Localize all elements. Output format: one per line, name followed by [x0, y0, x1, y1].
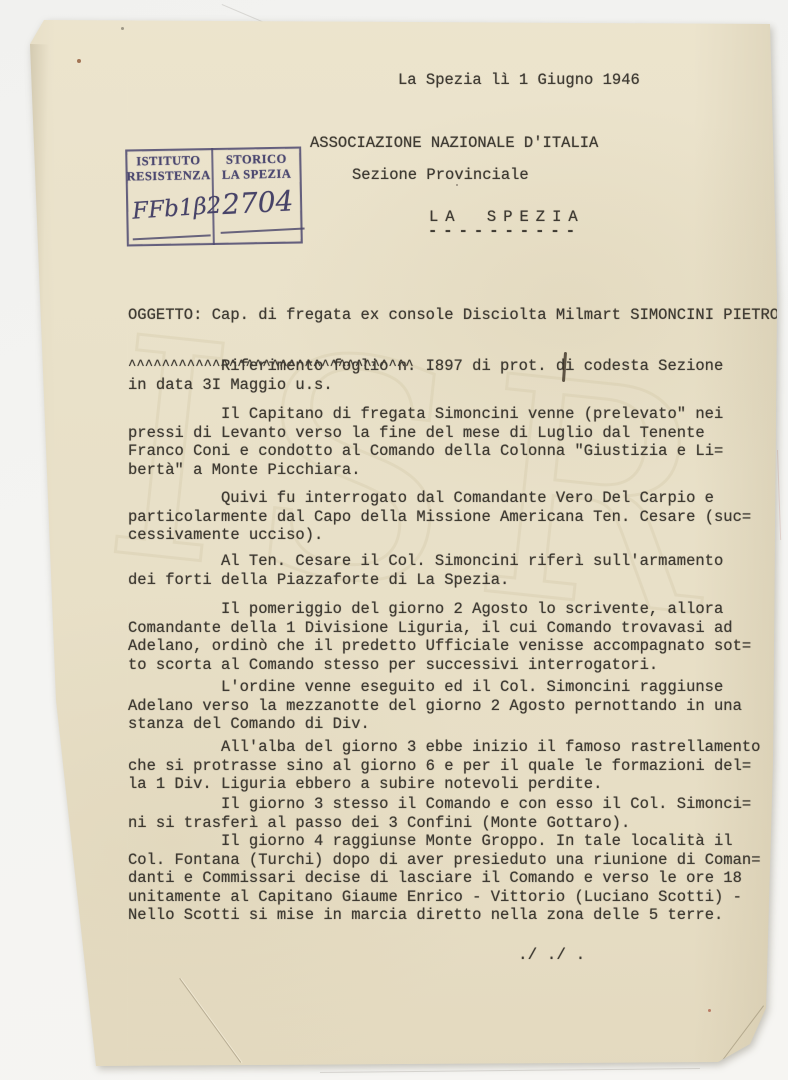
text-line: Riferimento foglio n. I897 di prot. di c… — [128, 357, 788, 376]
body-paragraph: Il giorno 4 raggiunse Monte Groppo. In t… — [128, 832, 788, 925]
text-line: L'ordine venne eseguito ed il Col. Simon… — [128, 678, 788, 697]
body-paragraph: Il giorno 3 stesso il Comando e con esso… — [128, 795, 788, 832]
text-line: unitamente al Capitano Giaume Enrico - V… — [128, 888, 788, 907]
text-line: Il giorno 4 raggiunse Monte Groppo. In t… — [128, 832, 788, 851]
paper-crease — [5, 44, 56, 1054]
text-line: che si protrasse sino al giorno 6 e per … — [128, 757, 788, 776]
text-line: in data 3I Maggio u.s. — [128, 376, 788, 395]
date-line: La Spezia lì 1 Giugno 1946 — [398, 71, 640, 90]
text-line: cessivamente ucciso). — [128, 526, 788, 545]
text-line: Franco Coni e condotto al Comando della … — [128, 442, 788, 461]
stamp-institute-label: ISTITUTO RESISTENZA — [125, 148, 212, 184]
text-line: Il Capitano di fregata Simoncini venne (… — [128, 405, 788, 424]
body-paragraph: All'alba del giorno 3 ebbe inizio il fam… — [128, 738, 788, 794]
text-line: danti e Commissari decise di lasciare il… — [128, 869, 788, 888]
text-line: Adelano verso la mezzanotte del giorno 2… — [128, 697, 788, 716]
text-line: pressi di Levanto verso la fine del mese… — [128, 424, 788, 443]
letterhead-city-underline: ---------- — [428, 222, 581, 241]
stamp-location-label: STORICO LA SPEZIA — [213, 147, 300, 183]
subject-line: OGGETTO: Cap. di fregata ex console Disc… — [128, 306, 788, 325]
text-line: stanza del Comando di Div. — [128, 715, 788, 734]
text-line: Il pomeriggio del giorno 2 Agosto lo scr… — [128, 600, 788, 619]
text-line: dei forti della Piazzaforte di La Spezia… — [128, 571, 788, 590]
paper-surface: ISR La Spezia lì 1 Giugno 1946 ISTITUTO … — [0, 0, 788, 1080]
handwritten-archive-number: 2704 — [221, 184, 294, 221]
text-line: ni si trasferì al passo dei 3 Confini (M… — [128, 814, 788, 833]
paper-speck — [121, 27, 124, 30]
letterhead-organization: ASSOCIAZIONE NAZIONALE D'ITALIA — [310, 134, 598, 153]
letterhead-section: Sezione Provinciale — [352, 166, 529, 185]
body-paragraph: L'ordine venne eseguito ed il Col. Simon… — [128, 678, 788, 734]
continuation-mark: ./ ./ . — [518, 946, 585, 965]
text-line: Il giorno 3 stesso il Comando e con esso… — [128, 795, 788, 814]
body-paragraph: Il pomeriggio del giorno 2 Agosto lo scr… — [128, 600, 788, 674]
text-line: Quivi fu interrogato dal Comandante Vero… — [128, 489, 788, 508]
paper-speck — [708, 1009, 711, 1012]
paper-speck — [77, 59, 81, 63]
text-line: Al Ten. Cesare il Col. Simoncini riferì … — [128, 552, 788, 571]
body-paragraph: Al Ten. Cesare il Col. Simoncini riferì … — [128, 552, 788, 589]
text-line: Comandante della 1 Divisione Liguria, il… — [128, 619, 788, 638]
text-line: to scorta al Comando stesso per successi… — [128, 656, 788, 675]
paper-crease — [179, 978, 241, 1063]
body-paragraph: Riferimento foglio n. I897 di prot. di c… — [128, 357, 788, 394]
body-paragraph: Quivi fu interrogato dal Comandante Vero… — [128, 489, 788, 545]
text-line: Col. Fontana (Turchi) dopo di aver presi… — [128, 851, 788, 870]
text-line: particolarmente dal Capo della Missione … — [128, 508, 788, 527]
paper-sheet: ISR La Spezia lì 1 Giugno 1946 ISTITUTO … — [0, 0, 788, 1080]
text-line: Adelano, ordinò che il predetto Ufficial… — [128, 637, 788, 656]
text-line: la 1 Div. Liguria ebbero a subire notevo… — [128, 775, 788, 794]
text-line: bertà" a Monte Picchiara. — [128, 461, 788, 480]
archive-stamp: ISTITUTO RESISTENZA STORICO LA SPEZIA FF… — [125, 146, 303, 246]
body-paragraph: Il Capitano di fregata Simoncini venne (… — [128, 405, 788, 479]
text-line: All'alba del giorno 3 ebbe inizio il fam… — [128, 738, 788, 757]
text-line: Nello Scotti si mise in marcia diretto n… — [128, 906, 788, 925]
scanned-document: ISR La Spezia lì 1 Giugno 1946 ISTITUTO … — [0, 0, 788, 1080]
corner-fold — [722, 1005, 764, 1060]
